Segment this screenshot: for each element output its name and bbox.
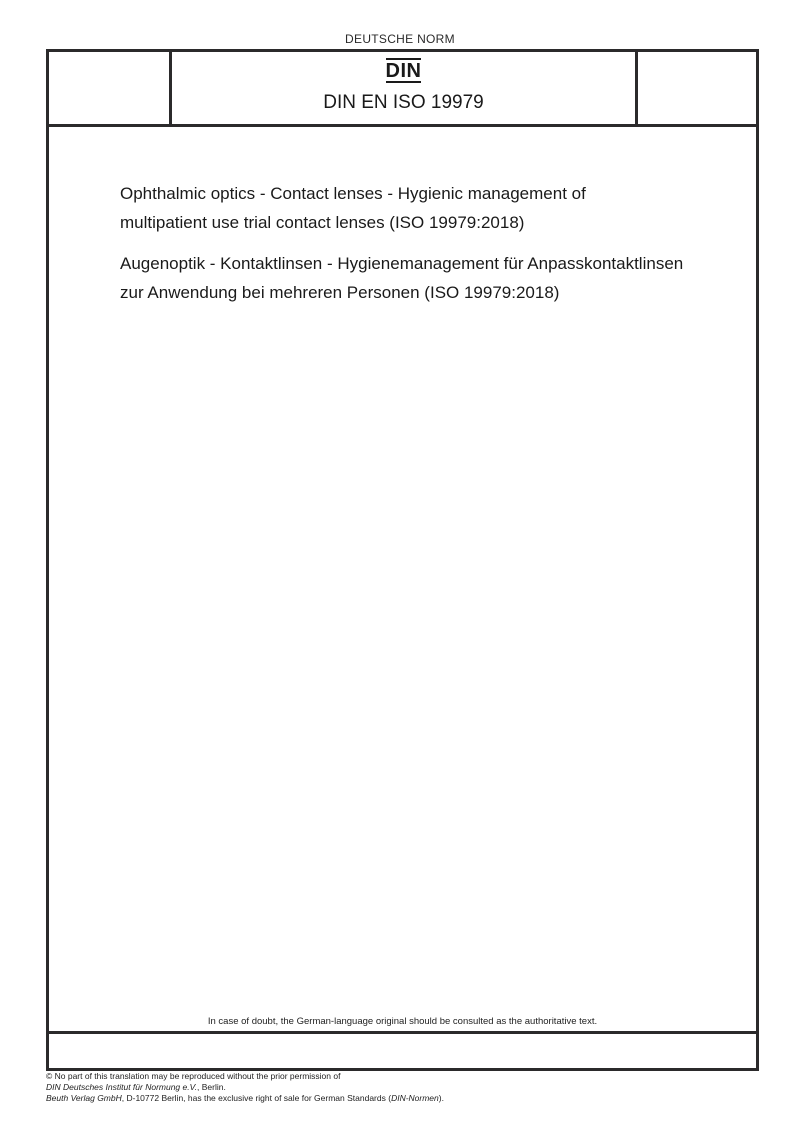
din-logo: DIN — [172, 58, 635, 83]
bottom-strip — [49, 1031, 756, 1068]
english-title: Ophthalmic optics - Contact lenses - Hyg… — [120, 179, 740, 237]
german-title-line-1: Augenoptik - Kontaktlinsen - Hygienemana… — [120, 249, 740, 278]
din-institute-name: DIN Deutsches Institut für Normung e.V. — [46, 1082, 197, 1092]
header-box: DIN DIN EN ISO 19979 — [49, 52, 756, 127]
norm-label: DEUTSCHE NORM — [0, 32, 800, 46]
copyright-line-1: © No part of this translation may be rep… — [46, 1071, 444, 1082]
publisher-name: Beuth Verlag GmbH — [46, 1093, 122, 1103]
document-frame: DIN DIN EN ISO 19979 Ophthalmic optics -… — [46, 49, 759, 1071]
copyright-notice: © No part of this translation may be rep… — [46, 1071, 444, 1104]
titles: Ophthalmic optics - Contact lenses - Hyg… — [120, 179, 740, 319]
header-middle-cell: DIN DIN EN ISO 19979 — [172, 52, 638, 124]
german-title: Augenoptik - Kontaktlinsen - Hygienemana… — [120, 249, 740, 307]
document-number: DIN EN ISO 19979 — [172, 92, 635, 114]
din-logo-text: DIN — [386, 58, 422, 83]
english-title-line-1: Ophthalmic optics - Contact lenses - Hyg… — [120, 179, 740, 208]
english-title-line-2: multipatient use trial contact lenses (I… — [120, 208, 740, 237]
copyright-line-2: DIN Deutsches Institut für Normung e.V.,… — [46, 1082, 444, 1093]
header-right-cell — [638, 52, 756, 124]
authoritative-text-note: In case of doubt, the German-language or… — [49, 1016, 756, 1027]
copyright-line-3: Beuth Verlag GmbH, D-10772 Berlin, has t… — [46, 1093, 444, 1104]
header-left-cell — [49, 52, 172, 124]
german-title-line-2: zur Anwendung bei mehreren Personen (ISO… — [120, 278, 740, 307]
